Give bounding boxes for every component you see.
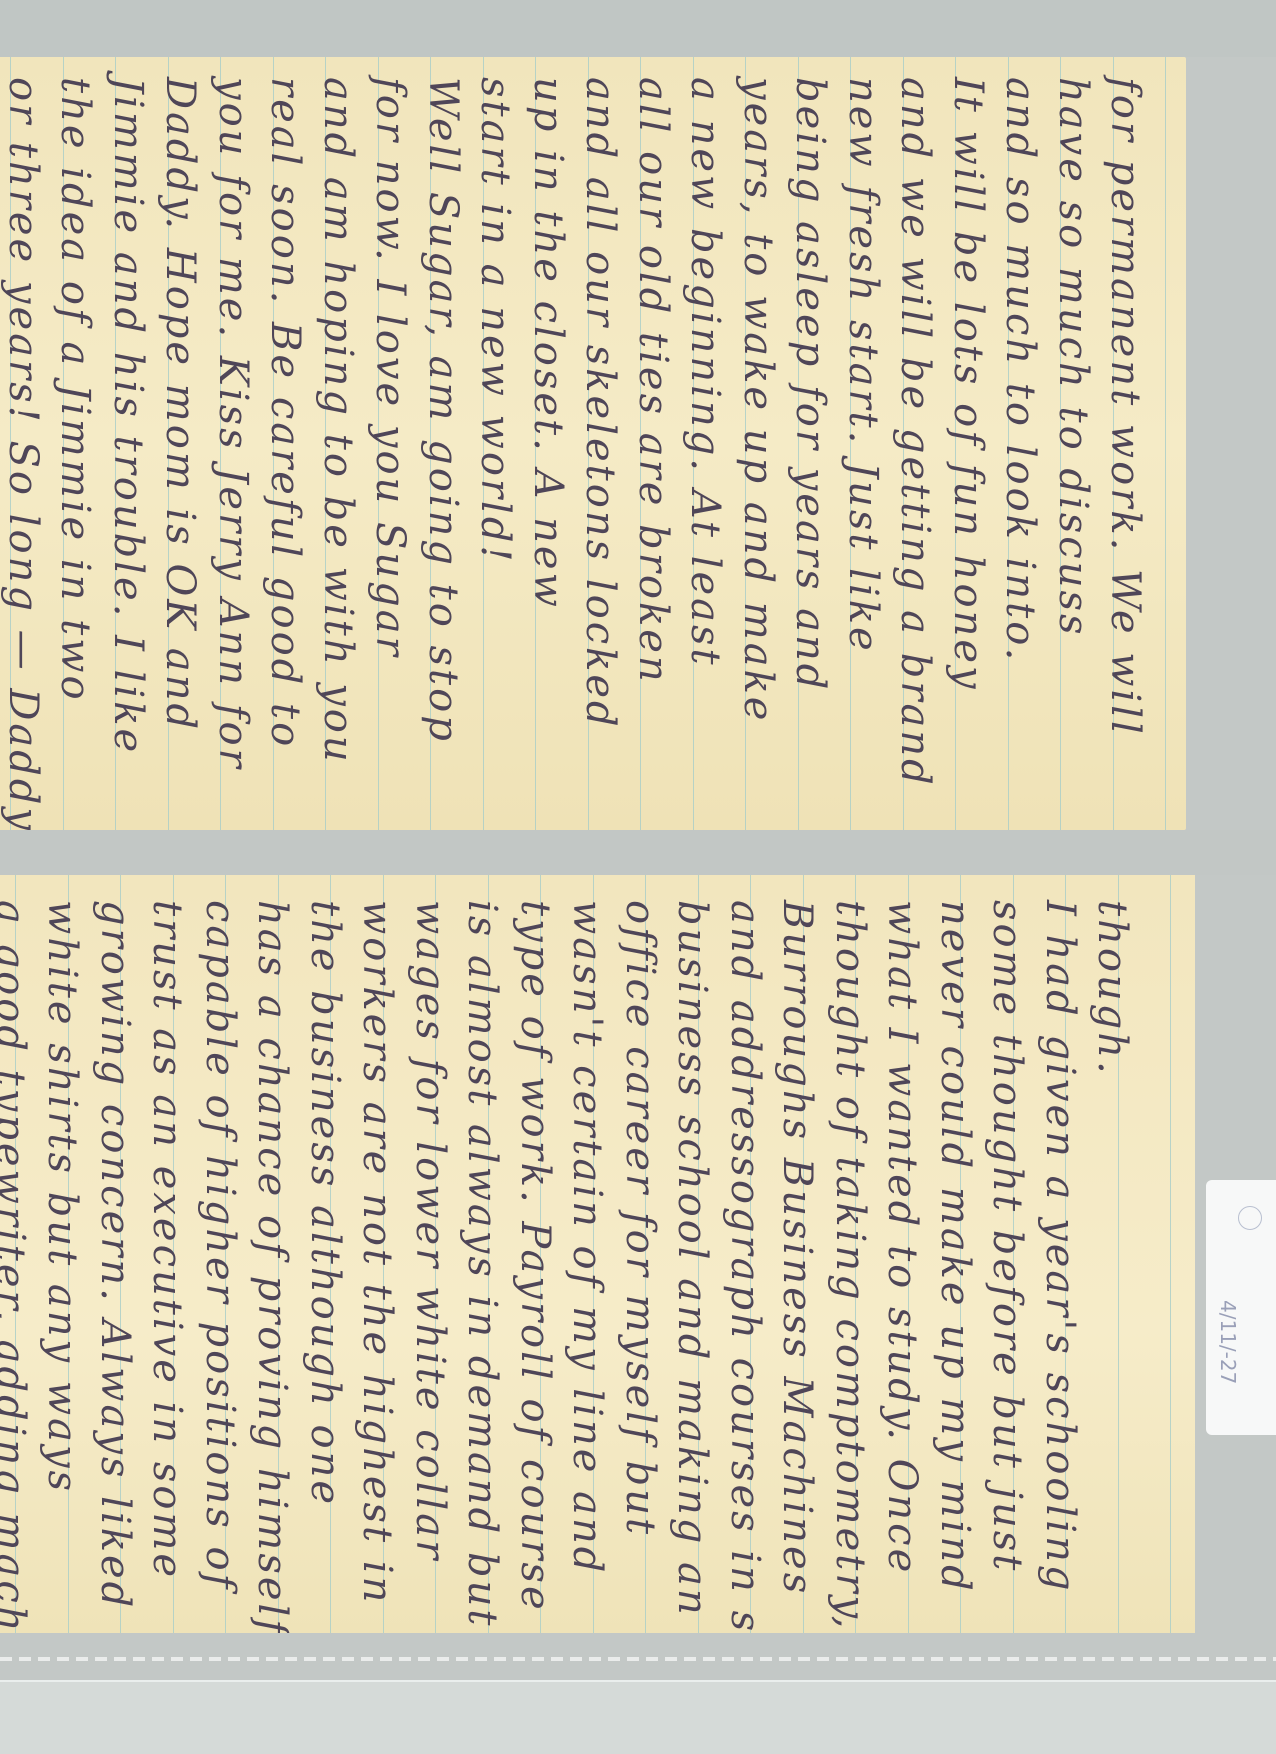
scanner-background-top (0, 0, 1276, 57)
handwritten-line: Well Sugar, am going to stop (420, 77, 466, 744)
ruled-line (1170, 875, 1171, 1633)
letter-page-bottom: though.I had given a year's schoolingsom… (0, 875, 1195, 1633)
handwritten-line: trust as an executive in some (144, 900, 190, 1580)
handwritten-line: workers are not the highest in (354, 900, 400, 1605)
handwritten-line: never could make up my mind (932, 900, 978, 1594)
sleeve-perforation (0, 1657, 1276, 1661)
handwritten-line: white shirts but any ways (39, 900, 85, 1494)
handwritten-line: real soon. Be careful good to (262, 77, 308, 749)
letter-page-top: for permanent work. We willhave so much … (0, 57, 1186, 830)
handwritten-line: being asleep for years and (787, 77, 833, 692)
handwritten-line: you for me. Kiss Jerry Ann for (210, 77, 256, 771)
handwritten-line: start in a new world! (472, 77, 518, 565)
handwritten-line: or three years! So long — Daddy (0, 77, 46, 830)
handwritten-line: growing concern. Always liked (92, 900, 138, 1610)
handwritten-line: office career for myself but (617, 900, 663, 1537)
handwritten-line: all our old ties are broken (630, 77, 676, 685)
handwritten-line: Jimmie and his trouble. I like (105, 77, 151, 755)
handwritten-line: up in the closet. A new (525, 77, 571, 610)
handwritten-line: business school and making an (669, 900, 715, 1618)
handwritten-line: years, to wake up and make (735, 77, 781, 723)
archive-label-sticker: 4/11/-27 (1206, 1180, 1276, 1435)
sleeve-bottom (0, 1682, 1276, 1754)
handwritten-line: and addressograph courses in some (722, 900, 768, 1633)
handwritten-line: some thought before but just (984, 900, 1030, 1573)
archive-label-text: 4/11/-27 (1216, 1300, 1240, 1384)
handwritten-line: the business although one (302, 900, 348, 1507)
handwritten-line: and so much to look into. (997, 77, 1043, 663)
handwritten-line: Daddy. Hope mom is OK and (157, 77, 203, 732)
handwritten-line: wages for lower white collar (407, 900, 453, 1562)
handwritten-line: for permanent work. We will (1102, 77, 1148, 737)
handwritten-line: capable of higher positions of (197, 900, 243, 1591)
handwritten-line: Burroughs Business Machines (774, 900, 820, 1596)
handwritten-line: a good typewriter, adding machine (0, 900, 33, 1633)
handwritten-line: thought of taking comptometry, (827, 900, 873, 1631)
handwritten-line: though. (1089, 900, 1135, 1077)
ruled-line (1165, 57, 1166, 830)
handwritten-line: is almost always in demand but (459, 900, 505, 1628)
handwritten-line: new fresh start. Just like (840, 77, 886, 654)
handwritten-line: the idea of a Jimmie in two (52, 77, 98, 703)
handwritten-line: type of work. Payroll of course (512, 900, 558, 1613)
handwritten-line: have so much to discuss (1050, 77, 1096, 638)
handwritten-line: I had given a year's schooling (1037, 900, 1083, 1593)
handwritten-line: and we will be getting a brand (892, 77, 938, 788)
handwritten-line: It will be lots of fun honey (945, 77, 991, 692)
handwritten-line: a new beginning. At least (682, 77, 728, 668)
handwritten-line: has a chance of proving himself (249, 900, 295, 1633)
handwritten-line: wasn't certain of my line and (564, 900, 610, 1575)
handwritten-line: and all our skeletons locked (577, 77, 623, 730)
handwritten-line: and am hoping to be with you (315, 77, 361, 765)
handwritten-line: what I wanted to study. Once (879, 900, 925, 1575)
handwritten-line: for now. I love you Sugar (367, 77, 413, 659)
label-circle-mark (1238, 1206, 1262, 1230)
page-gap (0, 830, 1276, 875)
